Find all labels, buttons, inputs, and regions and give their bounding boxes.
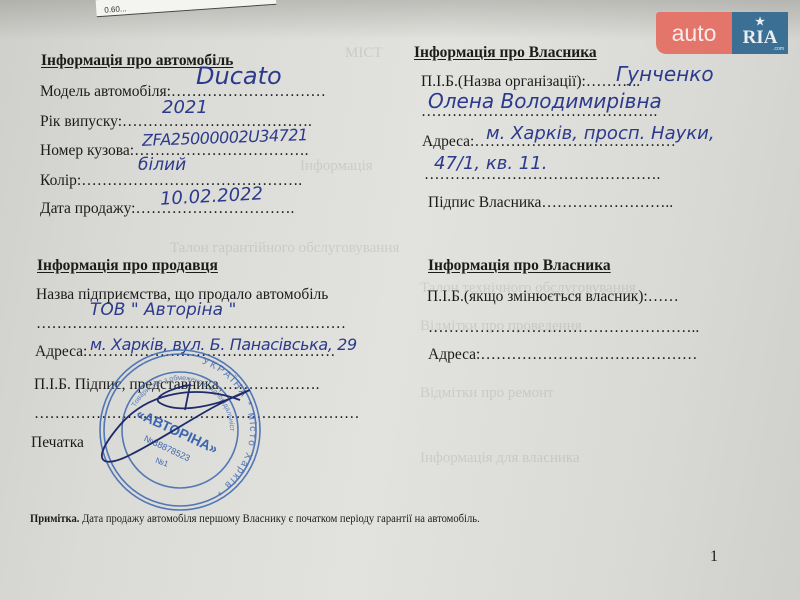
star-icon: ★ <box>755 17 765 27</box>
field-label: Адреса: <box>422 133 474 150</box>
seller-info-heading: Інформація про продавця <box>37 257 218 275</box>
field-dots: …………………………………… <box>480 346 697 363</box>
field-label: Номер кузова: <box>40 142 134 159</box>
field-dots: …………………………………………….. <box>428 319 699 336</box>
warranty-note: Примітка. Дата продажу автомобіля першом… <box>30 513 480 525</box>
field-label: П.І.Б.(якщо змінюється власник): <box>427 288 648 305</box>
owner-address-value-2[interactable]: 47/1, кв. 11. <box>434 153 547 174</box>
owner-signature-row: Підпис Власника…………………….. <box>428 194 673 212</box>
field-label: Адреса: <box>35 343 87 360</box>
car-color-value[interactable]: білий <box>138 155 186 175</box>
seller-company-value[interactable]: ТОВ " Авторіна " <box>90 300 236 320</box>
logo-com: .com <box>773 46 784 52</box>
ghost-text: МІСТ <box>345 45 383 62</box>
field-label: Дата продажу: <box>40 200 135 217</box>
car-year-value[interactable]: 2021 <box>162 97 208 118</box>
field-label: Колір: <box>40 172 81 189</box>
field-label: Рік випуску: <box>40 113 122 130</box>
owner-address-value[interactable]: м. Харків, просп. Науки, <box>486 123 715 144</box>
top-strip-text: 0.60... <box>104 4 127 15</box>
new-owner-name-line2: …………………………………………….. <box>428 319 699 337</box>
field-label: Адреса: <box>428 346 480 363</box>
car-model-value[interactable]: Ducato <box>196 62 282 90</box>
note-label: Примітка. <box>30 513 79 525</box>
field-dots: …………………….. <box>541 194 673 211</box>
autoria-logo: auto ★ RIA .com <box>656 12 788 54</box>
field-label: П.І.Б.(Назва організації): <box>421 73 586 90</box>
company-stamp-icon: УКРАЇНА * місто Харків * Товариство з об… <box>90 345 270 515</box>
stamp-label: Печатка <box>31 434 84 452</box>
page-number: 1 <box>710 548 718 566</box>
logo-auto: auto <box>656 12 732 54</box>
ghost-text: Відмітки про ремонт <box>420 385 554 402</box>
logo-ria: ★ RIA .com <box>732 12 788 54</box>
field-dots: …… <box>648 288 679 305</box>
field-label: Модель автомобіля: <box>40 83 171 100</box>
ghost-text: Талон гарантійного обслуговування <box>170 240 399 257</box>
owner-given-name-value[interactable]: Олена Володимирівна <box>428 89 662 113</box>
field-label: Підпис Власника <box>428 194 541 211</box>
note-text: Дата продажу автомобіля першому Власнику… <box>79 513 479 525</box>
owner-info-heading: Інформація про Власника <box>414 44 597 62</box>
ghost-text: Інформація <box>300 158 373 175</box>
stamp-number: №1 <box>154 456 170 469</box>
new-owner-address-row: Адреса:…………………………………… <box>428 346 697 364</box>
ghost-text: Інформація для власника <box>420 450 580 467</box>
new-owner-info-heading: Інформація про Власника <box>428 257 611 275</box>
new-owner-name-row: П.І.Б.(якщо змінюється власник):…… <box>427 288 679 306</box>
owner-surname-value[interactable]: Гунченко <box>616 62 714 86</box>
